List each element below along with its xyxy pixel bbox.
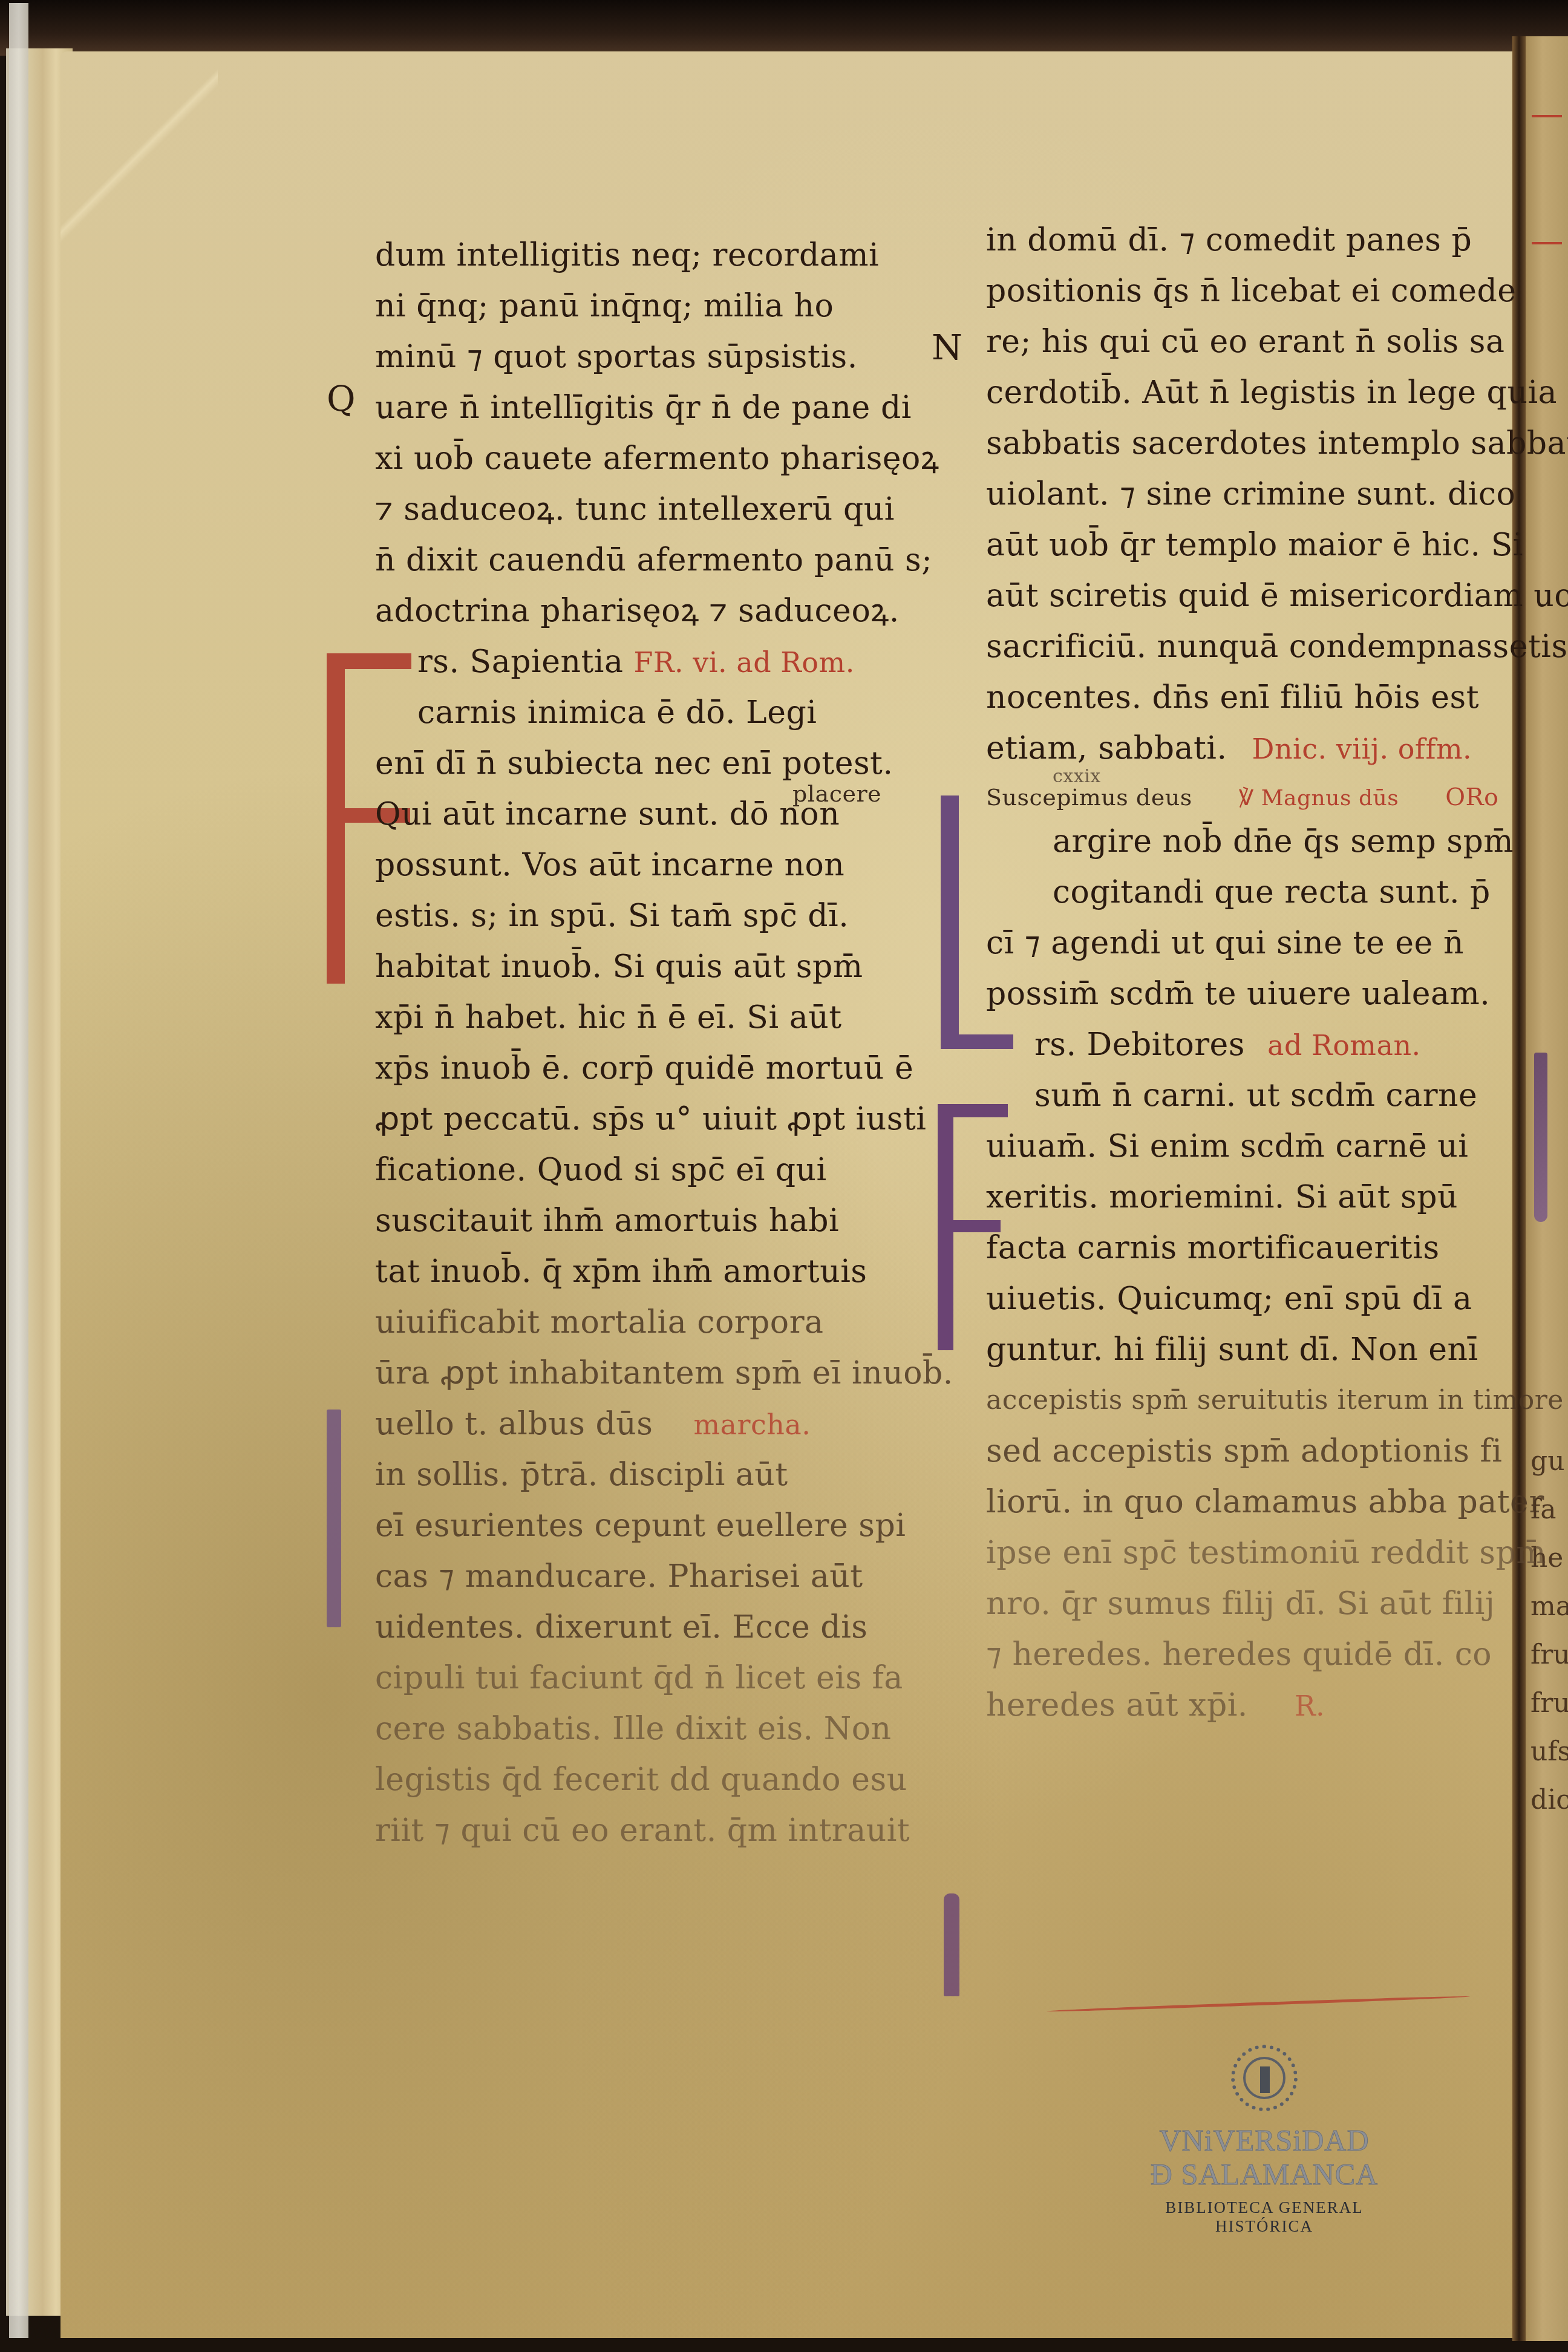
text-segment: etiam, sabbati. <box>986 730 1227 766</box>
text-segment: Qui aūt incarne sunt. dō non <box>375 796 840 832</box>
text-line: xi uob̄ cauete afermento pharisęoꝝ <box>375 433 920 484</box>
facing-rubric-mark <box>1532 242 1562 244</box>
text-line: sum̄ n̄ carni. ut scdm̄ carne <box>986 1070 1500 1121</box>
text-line: ⁊ heredes. heredes quidē dī. co <box>986 1629 1500 1680</box>
rubric-label: marcha. <box>693 1408 811 1441</box>
text-line: facta carnis mortificaueritis <box>986 1223 1500 1273</box>
initial-i-purple-icon <box>327 1410 341 1627</box>
text-line: in domū dī. ⁊ comedit panes p̄ <box>986 215 1500 266</box>
text-line: estis. s; in spū. Si tam̄ spc̄ dī. <box>375 890 920 941</box>
marginal-capital: N <box>932 327 962 368</box>
text-line: xeritis. moriemini. Si aūt spū <box>986 1172 1500 1223</box>
text-line: tat inuob̄. q̄ xp̄m ihm̄ amortuis <box>375 1246 920 1297</box>
text-line: cī ⁊ agendi ut qui sine te ee n̄ <box>986 918 1500 969</box>
facing-text-fragment: gu <box>1530 1446 1565 1477</box>
text-line: in sollis. p̄trā. discipli aūt <box>375 1449 920 1500</box>
text-line: ꝓpt peccatū. sp̄s u° uiuit ꝓpt iusti <box>375 1094 920 1145</box>
chant-cue-line: Suscepimus deus cxxix ℣ Magnus dūs ORo <box>986 774 1500 816</box>
rubric-label: ad Roman. <box>1267 1029 1421 1062</box>
text-line: re; his qui cū eo erant n̄ solis sa <box>986 316 1500 367</box>
text-line: cere sabbatis. Ille dixit eis. Non <box>375 1704 920 1754</box>
text-line: cogitandi que recta sunt. p̄ <box>986 867 1500 918</box>
text-line: liorū. in quo clamamus abba pater <box>986 1477 1500 1527</box>
rubric-label: R. <box>1295 1690 1325 1722</box>
text-line: dum intelligitis neq; recordami <box>375 230 920 281</box>
text-line: xp̄i n̄ habet. hic n̄ ē eī. Si aūt <box>375 992 920 1043</box>
text-line: sed accepistis spm̄ adoptionis fi <box>986 1426 1500 1477</box>
corner-fold-crease <box>60 54 218 254</box>
binding-top-edge <box>0 0 1568 56</box>
text-line: possunt. Vos aūt incarne non <box>375 840 920 890</box>
text-line: xp̄s inuob̄ ē. corp̄ quidē mortuū ē <box>375 1043 920 1094</box>
facing-text-fragment: fru <box>1530 1639 1568 1670</box>
text-line: suscitauit ihm̄ amortuis habi <box>375 1195 920 1246</box>
interlinear-gloss: placere <box>792 768 881 819</box>
text-line: uare n̄ intellīgitis q̄r n̄ de pane di <box>375 382 920 433</box>
text-line: ni q̄nq; panū inq̄nq; milia ho <box>375 281 920 332</box>
text-line: adoctrina pharisęoꝝ ⁊ saduceoꝝ. <box>375 586 920 636</box>
text-line: legistis q̄d fecerit dd quando esu <box>375 1754 920 1805</box>
text-segment: uello t. albus dūs <box>375 1406 653 1442</box>
text-line: sabbatis sacerdotes intemplo sabbatū <box>986 418 1500 469</box>
library-watermark: VNiVERSiDAD Ð SALAMANCA BIBLIOTECA GENER… <box>1125 2045 1403 2236</box>
text-line: aūt sciretis quid ē misericordiam uolo ⁊… <box>986 570 1500 621</box>
text-line: cas ⁊ manducare. Pharisei aūt <box>375 1551 920 1602</box>
text-segment: rs. Sapientia <box>417 644 623 680</box>
text-line-with-rubric: rs. Sapientia FR. vi. ad Rom. <box>375 636 920 687</box>
university-seal-icon <box>1231 2045 1298 2111</box>
facing-text-fragment: ma <box>1530 1591 1568 1622</box>
text-line: nocentes. dn̄s enī filiū hōis est <box>986 672 1500 723</box>
text-line-with-rubric: heredes aūt xp̄i. R. <box>986 1680 1500 1731</box>
text-line: accepistis spm̄ seruitutis iterum in tim… <box>986 1375 1500 1426</box>
facing-text-fragment: ufs <box>1530 1736 1568 1767</box>
text-line: minū ⁊ quot sportas sūpsistis. <box>375 332 920 382</box>
text-line: uiuam̄. Si enim scdm̄ carnē ui <box>986 1121 1500 1172</box>
watermark-university-line2: Ð SALAMANCA <box>1125 2157 1403 2191</box>
text-line: uiolant. ⁊ sine crimine sunt. dico <box>986 469 1500 520</box>
text-line: uiuificabit mortalia corpora <box>375 1297 920 1348</box>
text-line: uidentes. dixerunt eī. Ecce dis <box>375 1602 920 1653</box>
text-line: ūra ꝓpt inhabitantem spm̄ eī inuob̄. <box>375 1348 920 1399</box>
watermark-library-name: BIBLIOTECA GENERAL HISTÓRICA <box>1125 2198 1403 2236</box>
text-line-with-gloss: Qui aūt incarne sunt. dō non placere <box>375 789 920 840</box>
text-line: cerdotib̄. Aūt n̄ legistis in lege quia <box>986 367 1500 418</box>
text-line: habitat inuob̄. Si quis aūt spm̄ <box>375 941 920 992</box>
facing-text-fragment: fru <box>1530 1688 1568 1719</box>
rubric-label: Dnic. viij. offm. <box>1252 733 1472 765</box>
text-line: aūt uob̄ q̄r templo maior ē hic. Si <box>986 520 1500 570</box>
initial-s-purple-icon <box>944 1893 959 1996</box>
text-line: nro. q̄r sumus filij dī. Si aūt filij <box>986 1578 1500 1629</box>
text-line-with-rubric: uello t. albus dūs marcha. <box>375 1399 920 1449</box>
facing-rubric-mark <box>1532 115 1562 117</box>
verse-cue: ℣ Magnus dūs <box>1239 786 1399 811</box>
text-line: ipse enī spc̄ testimoniū reddit spm̄ <box>986 1527 1500 1578</box>
text-line: positionis q̄s n̄ licebat ei comede <box>986 266 1500 316</box>
tissue-guard-strip <box>9 3 28 2338</box>
rubric-label: FR. vi. ad Rom. <box>633 646 854 679</box>
text-line: possim̄ scdm̄ te uiuere ualeam. <box>986 969 1500 1019</box>
oratio-rubric: ORo <box>1445 783 1499 811</box>
text-line: cipuli tui faciunt q̄d n̄ licet eis fa <box>375 1653 920 1704</box>
text-line: guntur. hi filij sunt dī. Non enī <box>986 1324 1500 1375</box>
text-line: ficatione. Quod si spc̄ eī qui <box>375 1145 920 1195</box>
marginal-capital: Q <box>327 378 356 419</box>
text-column-left: dum intelligitis neq; recordami ni q̄nq;… <box>375 230 920 1856</box>
text-line: eī esurientes cepunt euellere spi <box>375 1500 920 1551</box>
interlinear-gloss: cxxix <box>1053 756 1101 798</box>
facing-text-fragment: dic <box>1530 1785 1568 1815</box>
text-line: sacrificiū. nunquā condempnassetis in <box>986 621 1500 672</box>
watermark-university-line1: VNiVERSiDAD <box>1125 2123 1403 2157</box>
facing-initial-fragment <box>1534 1053 1547 1222</box>
text-line: riit ⁊ qui cū eo erant. q̄m intrauit <box>375 1805 920 1856</box>
text-line: n̄ dixit cauendū afermento panū s; <box>375 535 920 586</box>
text-line: ⁊ saduceoꝝ. tunc intellexerū qui <box>375 484 920 535</box>
text-line-with-rubric: rs. Debitores ad Roman. <box>986 1019 1500 1070</box>
text-column-right: in domū dī. ⁊ comedit panes p̄ positioni… <box>986 215 1500 1731</box>
text-line: argire nob̄ dn̄e q̄s semp spm̄ <box>986 816 1500 867</box>
text-line: uiuetis. Quicumq; enī spū dī a <box>986 1273 1500 1324</box>
text-line: carnis inimica ē dō. Legi <box>375 687 920 738</box>
text-segment: heredes aūt xp̄i. <box>986 1687 1248 1723</box>
text-segment: rs. Debitores <box>1034 1027 1245 1063</box>
